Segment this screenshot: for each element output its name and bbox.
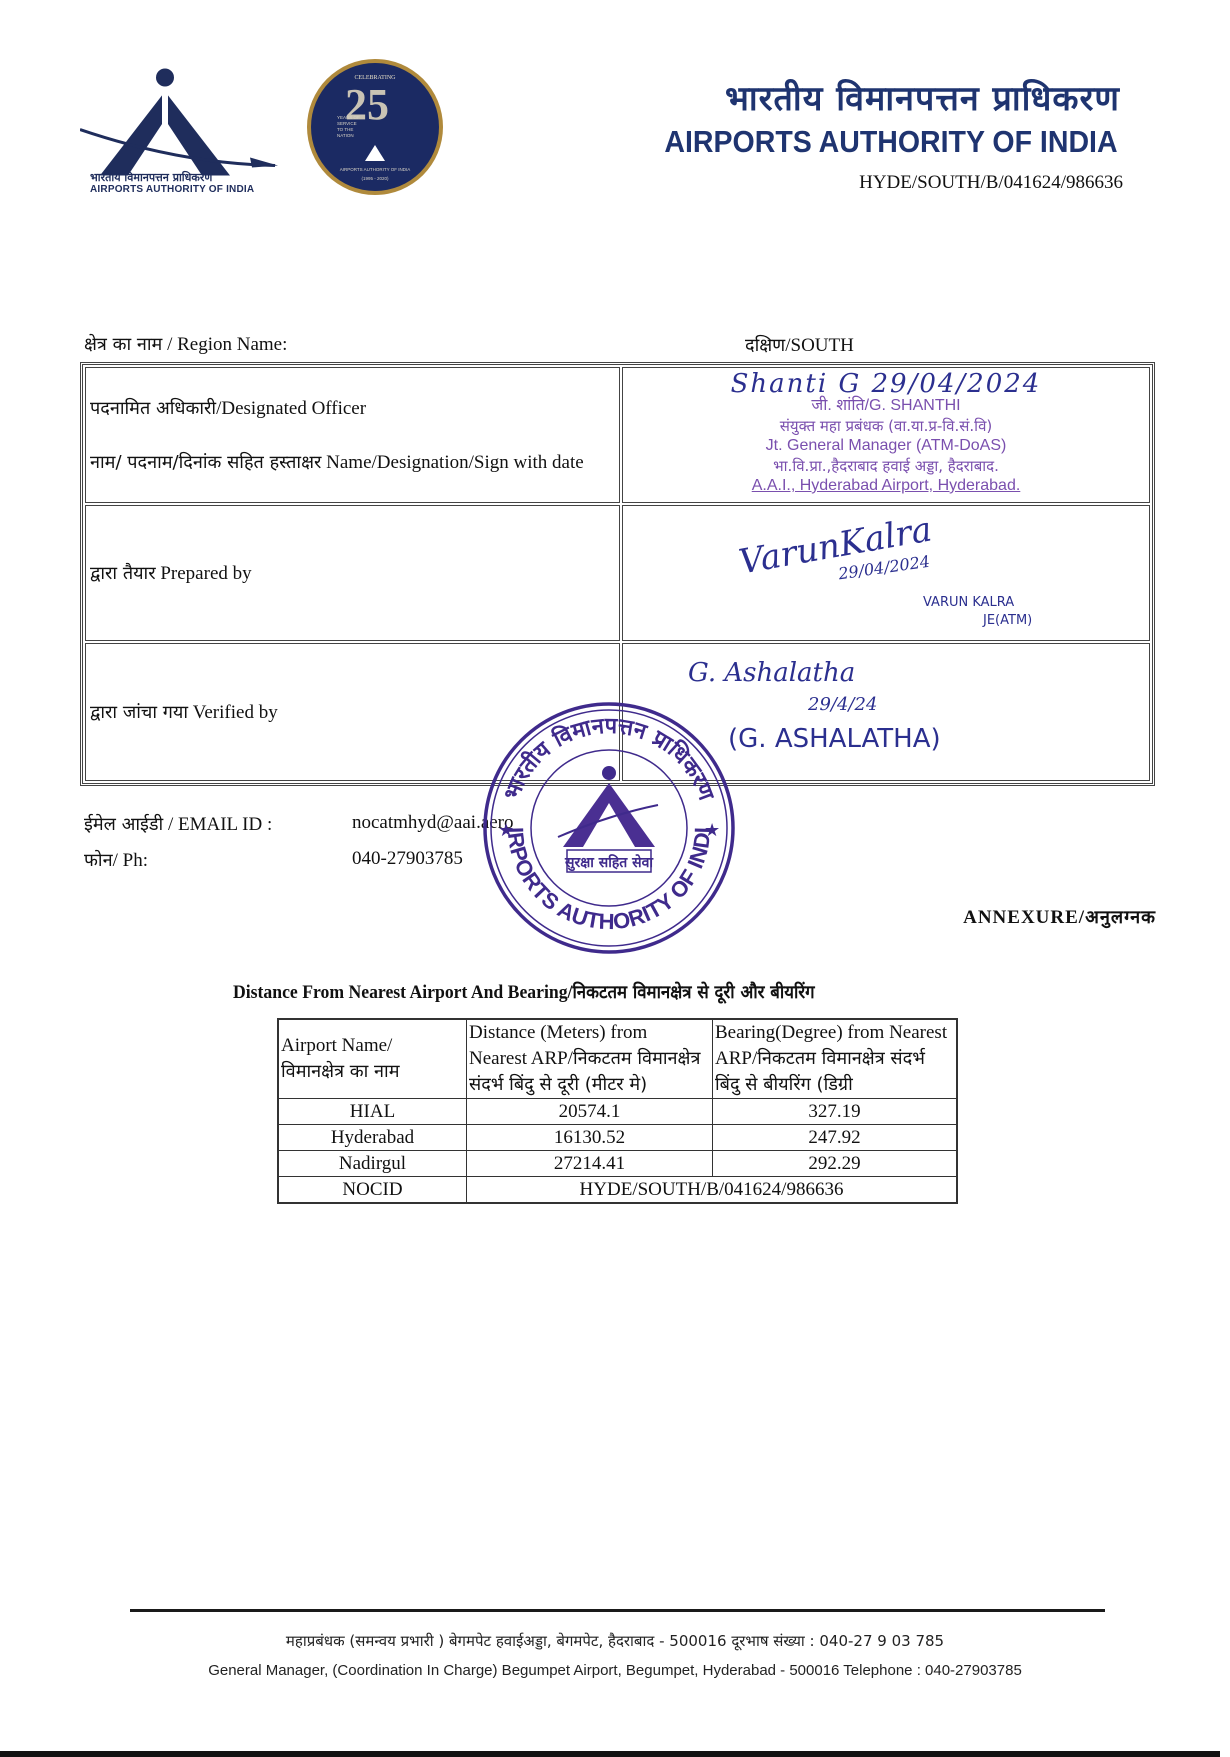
- sign-label-english: Name/Designation/Sign with date: [321, 452, 583, 473]
- logo-hindi-text: भारतीय विमानपत्तन प्राधिकरण: [90, 170, 212, 185]
- distance-section-title: Distance From Nearest Airport And Bearin…: [233, 980, 815, 1004]
- nocid-row: NOCID HYDE/SOUTH/B/041624/986636: [278, 1177, 957, 1204]
- svg-text:★: ★: [704, 820, 720, 840]
- stamp-line-name: जी. शांति/G. SHANTHI: [627, 396, 1145, 416]
- header-title-english: AIRPORTS AUTHORITY OF INDIA: [665, 124, 1118, 160]
- header-title-hindi: भारतीय विमानपत्तन प्राधिकरण: [725, 74, 1120, 120]
- distance-title-english: Distance From Nearest Airport And Bearin…: [233, 982, 572, 1003]
- 25-years-badge-icon: CELEBRATING 25 YEARS OF SERVICE TO THE N…: [305, 57, 445, 197]
- nocid-label: NOCID: [278, 1177, 467, 1204]
- footer-address-english: General Manager, (Coordination In Charge…: [0, 1662, 1230, 1679]
- svg-text:NATION: NATION: [337, 133, 354, 138]
- ashalatha-signature: G. Ashalatha: [688, 658, 855, 688]
- phone-label-english: / Ph:: [113, 850, 148, 871]
- stamp-line-designation-hindi: संयुक्त महा प्रबंधक (वा.या.प्र-वि.सं.वि): [627, 416, 1145, 436]
- header-bearing: Bearing(Degree) from Nearest ARP/निकटतम …: [713, 1019, 958, 1099]
- annexure-hindi: अनुलग्नक: [1085, 907, 1156, 928]
- table-row: Nadirgul27214.41292.29: [278, 1151, 957, 1177]
- phone-label: फोन/ Ph:: [84, 848, 148, 872]
- shanthi-signature: Shanti G 29/04/2024: [627, 374, 1145, 394]
- designated-officer-stamp: Shanti G 29/04/2024 जी. शांति/G. SHANTHI…: [627, 374, 1145, 496]
- footer-divider: [130, 1609, 1105, 1612]
- region-value: दक्षिण/SOUTH: [745, 333, 854, 357]
- prepared-by-label: द्वारा तैयार Prepared by: [85, 505, 620, 641]
- distance-bearing-table: Airport Name/विमानक्षेत्र का नाम Distanc…: [277, 1018, 958, 1204]
- prepared-name: VARUN KALRA: [923, 594, 1032, 612]
- page-bottom-edge: [0, 1751, 1220, 1757]
- designated-officer-row: पदनामित अधिकारी/Designated Officer नाम/ …: [85, 367, 1150, 503]
- verified-label-english: Verified by: [188, 702, 278, 723]
- prepared-label-english: Prepared by: [156, 563, 252, 584]
- region-label-english: / Region Name:: [162, 334, 287, 355]
- table-body: HIAL20574.1327.19Hyderabad16130.52247.92…: [278, 1099, 957, 1177]
- designated-officer-label: पदनामित अधिकारी/Designated Officer नाम/ …: [85, 367, 620, 503]
- phone-value: 040-27903785: [352, 848, 463, 870]
- verified-date: 29/4/24: [808, 694, 877, 715]
- stamp-line-office-english: A.A.I., Hyderabad Airport, Hyderabad.: [627, 476, 1145, 496]
- cell-airport: HIAL: [278, 1099, 467, 1125]
- sign-label-hindi: नाम/ पदनाम/दिनांक सहित हस्ताक्षर: [90, 452, 321, 473]
- annexure-english: ANNEXURE/: [963, 907, 1085, 928]
- distance-title-hindi: निकटतम विमानक्षेत्र से दूरी और बीयरिंग: [572, 982, 814, 1003]
- aai-official-seal-icon: भारतीय विमानपत्तन प्राधिकरण AIRPORTS AUT…: [478, 697, 740, 959]
- table-header-row: Airport Name/विमानक्षेत्र का नाम Distanc…: [278, 1019, 957, 1099]
- header-airport-english: Airport Name/: [281, 1035, 392, 1056]
- svg-text:(1995 - 2020): (1995 - 2020): [361, 176, 389, 181]
- region-value-english: /SOUTH: [785, 335, 854, 356]
- header-distance: Distance (Meters) from Nearest ARP/निकटत…: [467, 1019, 713, 1099]
- prepared-by-row: द्वारा तैयार Prepared by VarunKalra 29/0…: [85, 505, 1150, 641]
- cell-airport: Hyderabad: [278, 1125, 467, 1151]
- footer-address-hindi: महाप्रबंधक (समन्वय प्रभारी ) बेगमपेट हवा…: [0, 1631, 1230, 1651]
- prepared-label-hindi: द्वारा तैयार: [90, 563, 156, 584]
- cell-distance: 27214.41: [467, 1151, 713, 1177]
- stamp-line-designation-english: Jt. General Manager (ATM-DoAS): [627, 436, 1145, 456]
- stamp-line-office-hindi: भा.वि.प्रा.,हैदराबाद हवाई अड्डा, हैदराबा…: [627, 456, 1145, 476]
- designated-label-hindi: पदनामित अधिकारी: [90, 398, 216, 419]
- header-airport-hindi: विमानक्षेत्र का नाम: [281, 1061, 399, 1082]
- svg-text:★: ★: [498, 820, 514, 840]
- phone-label-hindi: फोन: [84, 850, 113, 871]
- email-label-hindi: ईमेल आईडी: [84, 814, 163, 835]
- region-value-hindi: दक्षिण: [745, 335, 785, 356]
- email-label-english: / EMAIL ID :: [163, 814, 272, 835]
- region-label: क्षेत्र का नाम / Region Name:: [84, 332, 287, 356]
- svg-text:TO THE: TO THE: [337, 127, 353, 132]
- cell-distance: 20574.1: [467, 1099, 713, 1125]
- reference-number: HYDE/SOUTH/B/041624/986636: [859, 172, 1123, 194]
- svg-text:SERVICE: SERVICE: [337, 121, 357, 126]
- cell-airport: Nadirgul: [278, 1151, 467, 1177]
- annexure-label: ANNEXURE/अनुलग्नक: [963, 905, 1156, 929]
- table-row: Hyderabad16130.52247.92: [278, 1125, 957, 1151]
- region-label-hindi: क्षेत्र का नाम: [84, 334, 162, 355]
- verified-label-hindi: द्वारा जांचा गया: [90, 702, 188, 723]
- designated-label-english: /Designated Officer: [216, 398, 366, 419]
- prepared-by-signature-cell: VarunKalra 29/04/2024 VARUN KALRA JE(ATM…: [622, 505, 1150, 641]
- logo-english-text: AIRPORTS AUTHORITY OF INDIA: [90, 184, 254, 195]
- prepared-name-block: VARUN KALRA JE(ATM): [923, 594, 1032, 630]
- designated-officer-signature-cell: Shanti G 29/04/2024 जी. शांति/G. SHANTHI…: [622, 367, 1150, 503]
- email-label: ईमेल आईडी / EMAIL ID :: [84, 812, 272, 836]
- header-airport-name: Airport Name/विमानक्षेत्र का नाम: [278, 1019, 467, 1099]
- svg-text:YEARS OF: YEARS OF: [337, 115, 360, 120]
- cell-bearing: 327.19: [713, 1099, 958, 1125]
- nocid-value: HYDE/SOUTH/B/041624/986636: [467, 1177, 958, 1204]
- prepared-designation: JE(ATM): [923, 612, 1032, 630]
- cell-bearing: 292.29: [713, 1151, 958, 1177]
- svg-text:AIRPORTS AUTHORITY OF INDIA: AIRPORTS AUTHORITY OF INDIA: [340, 167, 411, 172]
- cell-bearing: 247.92: [713, 1125, 958, 1151]
- verified-name: (G. ASHALATHA): [728, 724, 941, 754]
- cell-distance: 16130.52: [467, 1125, 713, 1151]
- svg-text:सुरक्षा सहित सेवा: सुरक्षा सहित सेवा: [564, 854, 654, 872]
- table-row: HIAL20574.1327.19: [278, 1099, 957, 1125]
